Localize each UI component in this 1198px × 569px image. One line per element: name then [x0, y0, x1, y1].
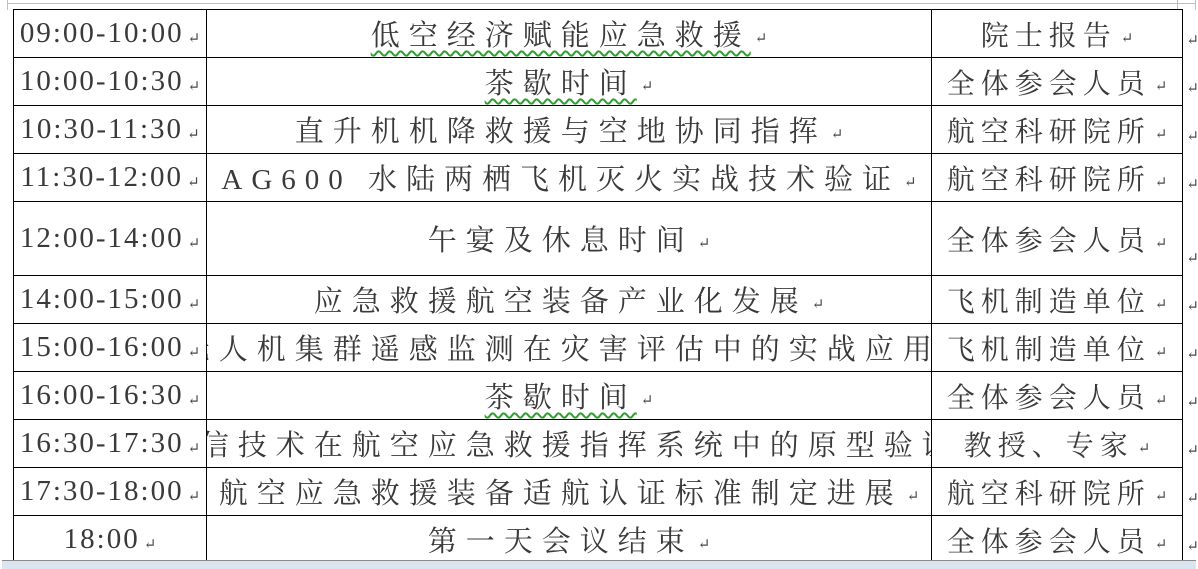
end-of-row-mark-icon: ↵ — [1186, 249, 1198, 268]
paragraph-mark-icon: ↵ — [188, 234, 201, 253]
end-of-row-mark-icon: ↵ — [1186, 537, 1198, 556]
time-cell[interactable]: 17:30-18:00↵ — [14, 468, 207, 515]
end-of-row-mark-icon: ↵ — [1186, 127, 1198, 146]
time-cell[interactable]: 18:00↵ — [14, 516, 207, 563]
paragraph-mark-icon: ↵ — [1155, 391, 1168, 410]
paragraph-mark-icon: ↵ — [641, 391, 654, 410]
paragraph-mark-icon: ↵ — [188, 487, 201, 506]
paragraph-mark-icon: ↵ — [144, 535, 157, 554]
time-text: 10:30-11:30 — [20, 113, 183, 146]
end-of-row-mark-icon: ↵ — [1186, 79, 1198, 98]
time-cell[interactable]: 09:00-10:00↵ — [14, 10, 207, 57]
time-cell[interactable]: 10:00-10:30↵ — [14, 58, 207, 105]
paragraph-mark-icon: ↵ — [1155, 535, 1168, 554]
time-text: 17:30-18:00 — [20, 475, 184, 508]
speaker-cell[interactable]: 飞机制造单位↵ — [932, 324, 1182, 371]
table-row: 09:00-10:00↵ 低空经济赋能应急救援↵ 院士报告↵ ↵ — [14, 10, 1182, 58]
end-of-row-mark-icon: ↵ — [1186, 175, 1198, 194]
speaker-text: 院士报告 — [981, 14, 1117, 54]
previous-table-right-border — [1195, 0, 1196, 10]
time-cell[interactable]: 16:30-17:30↵ — [14, 420, 207, 467]
time-cell[interactable]: 11:30-12:00↵ — [14, 154, 207, 201]
paragraph-mark-icon: ↵ — [904, 173, 917, 192]
speaker-text: 飞机制造单位 — [947, 280, 1151, 320]
paragraph-mark-icon: ↵ — [188, 391, 201, 410]
speaker-text: 教授、专家 — [964, 424, 1134, 464]
paragraph-mark-icon: ↵ — [698, 234, 711, 253]
speaker-text: 航空科研院所 — [947, 158, 1151, 198]
topic-cell[interactable]: 第一天会议结束↵ — [207, 516, 932, 563]
time-text: 14:00-15:00 — [20, 283, 184, 316]
time-text: 12:00-14:00 — [20, 222, 184, 255]
paragraph-mark-icon: ↵ — [1121, 29, 1134, 48]
time-text: 10:00-10:30 — [20, 65, 184, 98]
topic-cell[interactable]: 低空经济赋能应急救援↵ — [207, 10, 932, 57]
topic-cell[interactable]: 航空应急救援装备适航认证标准制定进展↵ — [207, 468, 932, 515]
speaker-text: 航空科研院所 — [947, 110, 1151, 150]
topic-text: 低空经济赋能应急救援 — [371, 13, 751, 54]
topic-cell[interactable]: 茶歇时间↵ — [207, 58, 932, 105]
speaker-cell[interactable]: 院士报告↵ — [932, 10, 1182, 57]
paragraph-mark-icon: ↵ — [187, 125, 200, 144]
paragraph-mark-icon: ↵ — [1155, 295, 1168, 314]
time-cell[interactable]: 14:00-15:00↵ — [14, 276, 207, 323]
table-row: 16:00-16:30↵ 茶歇时间↵ 全体参会人员↵ ↵ — [14, 372, 1182, 420]
speaker-cell[interactable]: 全体参会人员↵ — [932, 202, 1182, 275]
time-text: 16:00-16:30 — [20, 379, 184, 412]
topic-text: 茶歇时间 — [485, 61, 637, 102]
time-cell[interactable]: 12:00-14:00↵ — [14, 202, 207, 275]
speaker-cell[interactable]: 航空科研院所↵ — [932, 106, 1182, 153]
speaker-text: 全体参会人员 — [947, 520, 1151, 560]
end-of-row-mark-icon: ↵ — [1186, 345, 1198, 364]
topic-text: AG600 水陆两栖飞机灭火实战技术验证 — [221, 157, 900, 198]
paragraph-mark-icon: ↵ — [907, 487, 920, 506]
topic-cell[interactable]: 通信技术在航空应急救援指挥系统中的原型验证↵ — [207, 420, 932, 467]
paragraph-mark-icon: ↵ — [188, 343, 201, 362]
topic-cell[interactable]: 应急救援航空装备产业化发展↵ — [207, 276, 932, 323]
paragraph-mark-icon: ↵ — [1155, 125, 1168, 144]
speaker-cell[interactable]: 全体参会人员↵ — [932, 516, 1182, 563]
schedule-table: 09:00-10:00↵ 低空经济赋能应急救援↵ 院士报告↵ ↵ 10:00-1… — [13, 9, 1183, 564]
table-row: 15:00-16:00↵ 无人机集群遥感监测在灾害评估中的实战应用↵ 飞机制造单… — [14, 324, 1182, 372]
topic-text: 第一天会议结束 — [428, 519, 694, 560]
speaker-cell[interactable]: 全体参会人员↵ — [932, 372, 1182, 419]
topic-text: 无人机集群遥感监测在灾害评估中的实战应用 — [207, 327, 932, 368]
time-cell[interactable]: 10:30-11:30↵ — [14, 106, 207, 153]
end-of-row-mark-icon: ↵ — [1186, 489, 1198, 508]
speaker-text: 航空科研院所 — [947, 472, 1151, 512]
paragraph-mark-icon: ↵ — [188, 439, 201, 458]
end-of-row-mark-icon: ↵ — [1186, 441, 1198, 460]
topic-cell[interactable]: 茶歇时间↵ — [207, 372, 932, 419]
table-row: 10:00-10:30↵ 茶歇时间↵ 全体参会人员↵ ↵ — [14, 58, 1182, 106]
time-text: 09:00-10:00 — [20, 17, 184, 50]
paragraph-mark-icon: ↵ — [1155, 343, 1168, 362]
table-row: 16:30-17:30↵ 通信技术在航空应急救援指挥系统中的原型验证↵ 教授、专… — [14, 420, 1182, 468]
paragraph-mark-icon: ↵ — [1155, 173, 1168, 192]
previous-table-left-border — [7, 0, 8, 10]
table-row: 14:00-15:00↵ 应急救援航空装备产业化发展↵ 飞机制造单位↵ ↵ — [14, 276, 1182, 324]
paragraph-mark-icon: ↵ — [831, 125, 844, 144]
topic-text: 航空应急救援装备适航认证标准制定进展 — [219, 471, 903, 512]
speaker-text: 全体参会人员 — [947, 219, 1151, 259]
paragraph-mark-icon: ↵ — [1155, 77, 1168, 96]
paragraph-mark-icon: ↵ — [698, 535, 711, 554]
time-text: 11:30-12:00 — [20, 161, 183, 194]
time-text: 16:30-17:30 — [20, 427, 184, 460]
topic-cell[interactable]: 午宴及休息时间↵ — [207, 202, 932, 275]
paragraph-mark-icon: ↵ — [641, 77, 654, 96]
speaker-text: 全体参会人员 — [947, 376, 1151, 416]
table-row: 17:30-18:00↵ 航空应急救援装备适航认证标准制定进展↵ 航空科研院所↵… — [14, 468, 1182, 516]
topic-text: 午宴及休息时间 — [428, 218, 694, 259]
paragraph-mark-icon: ↵ — [188, 295, 201, 314]
speaker-text: 全体参会人员 — [947, 62, 1151, 102]
paragraph-mark-icon: ↵ — [188, 29, 201, 48]
topic-text: 应急救援航空装备产业化发展 — [314, 279, 808, 320]
table-row: 12:00-14:00↵ 午宴及休息时间↵ 全体参会人员↵ ↵ — [14, 202, 1182, 276]
paragraph-mark-icon: ↵ — [755, 29, 768, 48]
time-text: 15:00-16:00 — [20, 331, 184, 364]
paragraph-mark-icon: ↵ — [812, 295, 825, 314]
end-of-row-mark-icon: ↵ — [1186, 393, 1198, 412]
table-row: 18:00↵ 第一天会议结束↵ 全体参会人员↵ ↵ — [14, 516, 1182, 563]
speaker-text: 飞机制造单位 — [947, 328, 1151, 368]
paragraph-mark-icon: ↵ — [187, 173, 200, 192]
paragraph-mark-icon: ↵ — [1155, 487, 1168, 506]
paragraph-mark-icon: ↵ — [1138, 439, 1151, 458]
next-row-shading-strip — [2, 560, 1196, 569]
time-cell[interactable]: 15:00-16:00↵ — [14, 324, 207, 371]
table-row: 10:30-11:30↵ 直升机机降救援与空地协同指挥↵ 航空科研院所↵ ↵ — [14, 106, 1182, 154]
end-of-row-mark-icon: ↵ — [1186, 31, 1198, 50]
speaker-cell[interactable]: 教授、专家↵ — [932, 420, 1182, 467]
speaker-cell[interactable]: 航空科研院所↵ — [932, 468, 1182, 515]
topic-cell[interactable]: 无人机集群遥感监测在灾害评估中的实战应用↵ — [207, 324, 932, 371]
speaker-cell[interactable]: 全体参会人员↵ — [932, 58, 1182, 105]
table-row: 11:30-12:00↵ AG600 水陆两栖飞机灭火实战技术验证↵ 航空科研院… — [14, 154, 1182, 202]
topic-text: 茶歇时间 — [485, 375, 637, 416]
topic-text: 通信技术在航空应急救援指挥系统中的原型验证 — [207, 423, 932, 464]
time-cell[interactable]: 16:00-16:30↵ — [14, 372, 207, 419]
time-text: 18:00 — [64, 523, 140, 556]
topic-cell[interactable]: 直升机机降救援与空地协同指挥↵ — [207, 106, 932, 153]
topic-text: 直升机机降救援与空地协同指挥 — [295, 109, 827, 150]
paragraph-mark-icon: ↵ — [188, 77, 201, 96]
speaker-cell[interactable]: 飞机制造单位↵ — [932, 276, 1182, 323]
previous-table-bottom-edge — [7, 3, 1195, 4]
end-of-row-mark-icon: ↵ — [1186, 297, 1198, 316]
topic-cell[interactable]: AG600 水陆两栖飞机灭火实战技术验证↵ — [207, 154, 932, 201]
speaker-cell[interactable]: 航空科研院所↵ — [932, 154, 1182, 201]
paragraph-mark-icon: ↵ — [1155, 234, 1168, 253]
